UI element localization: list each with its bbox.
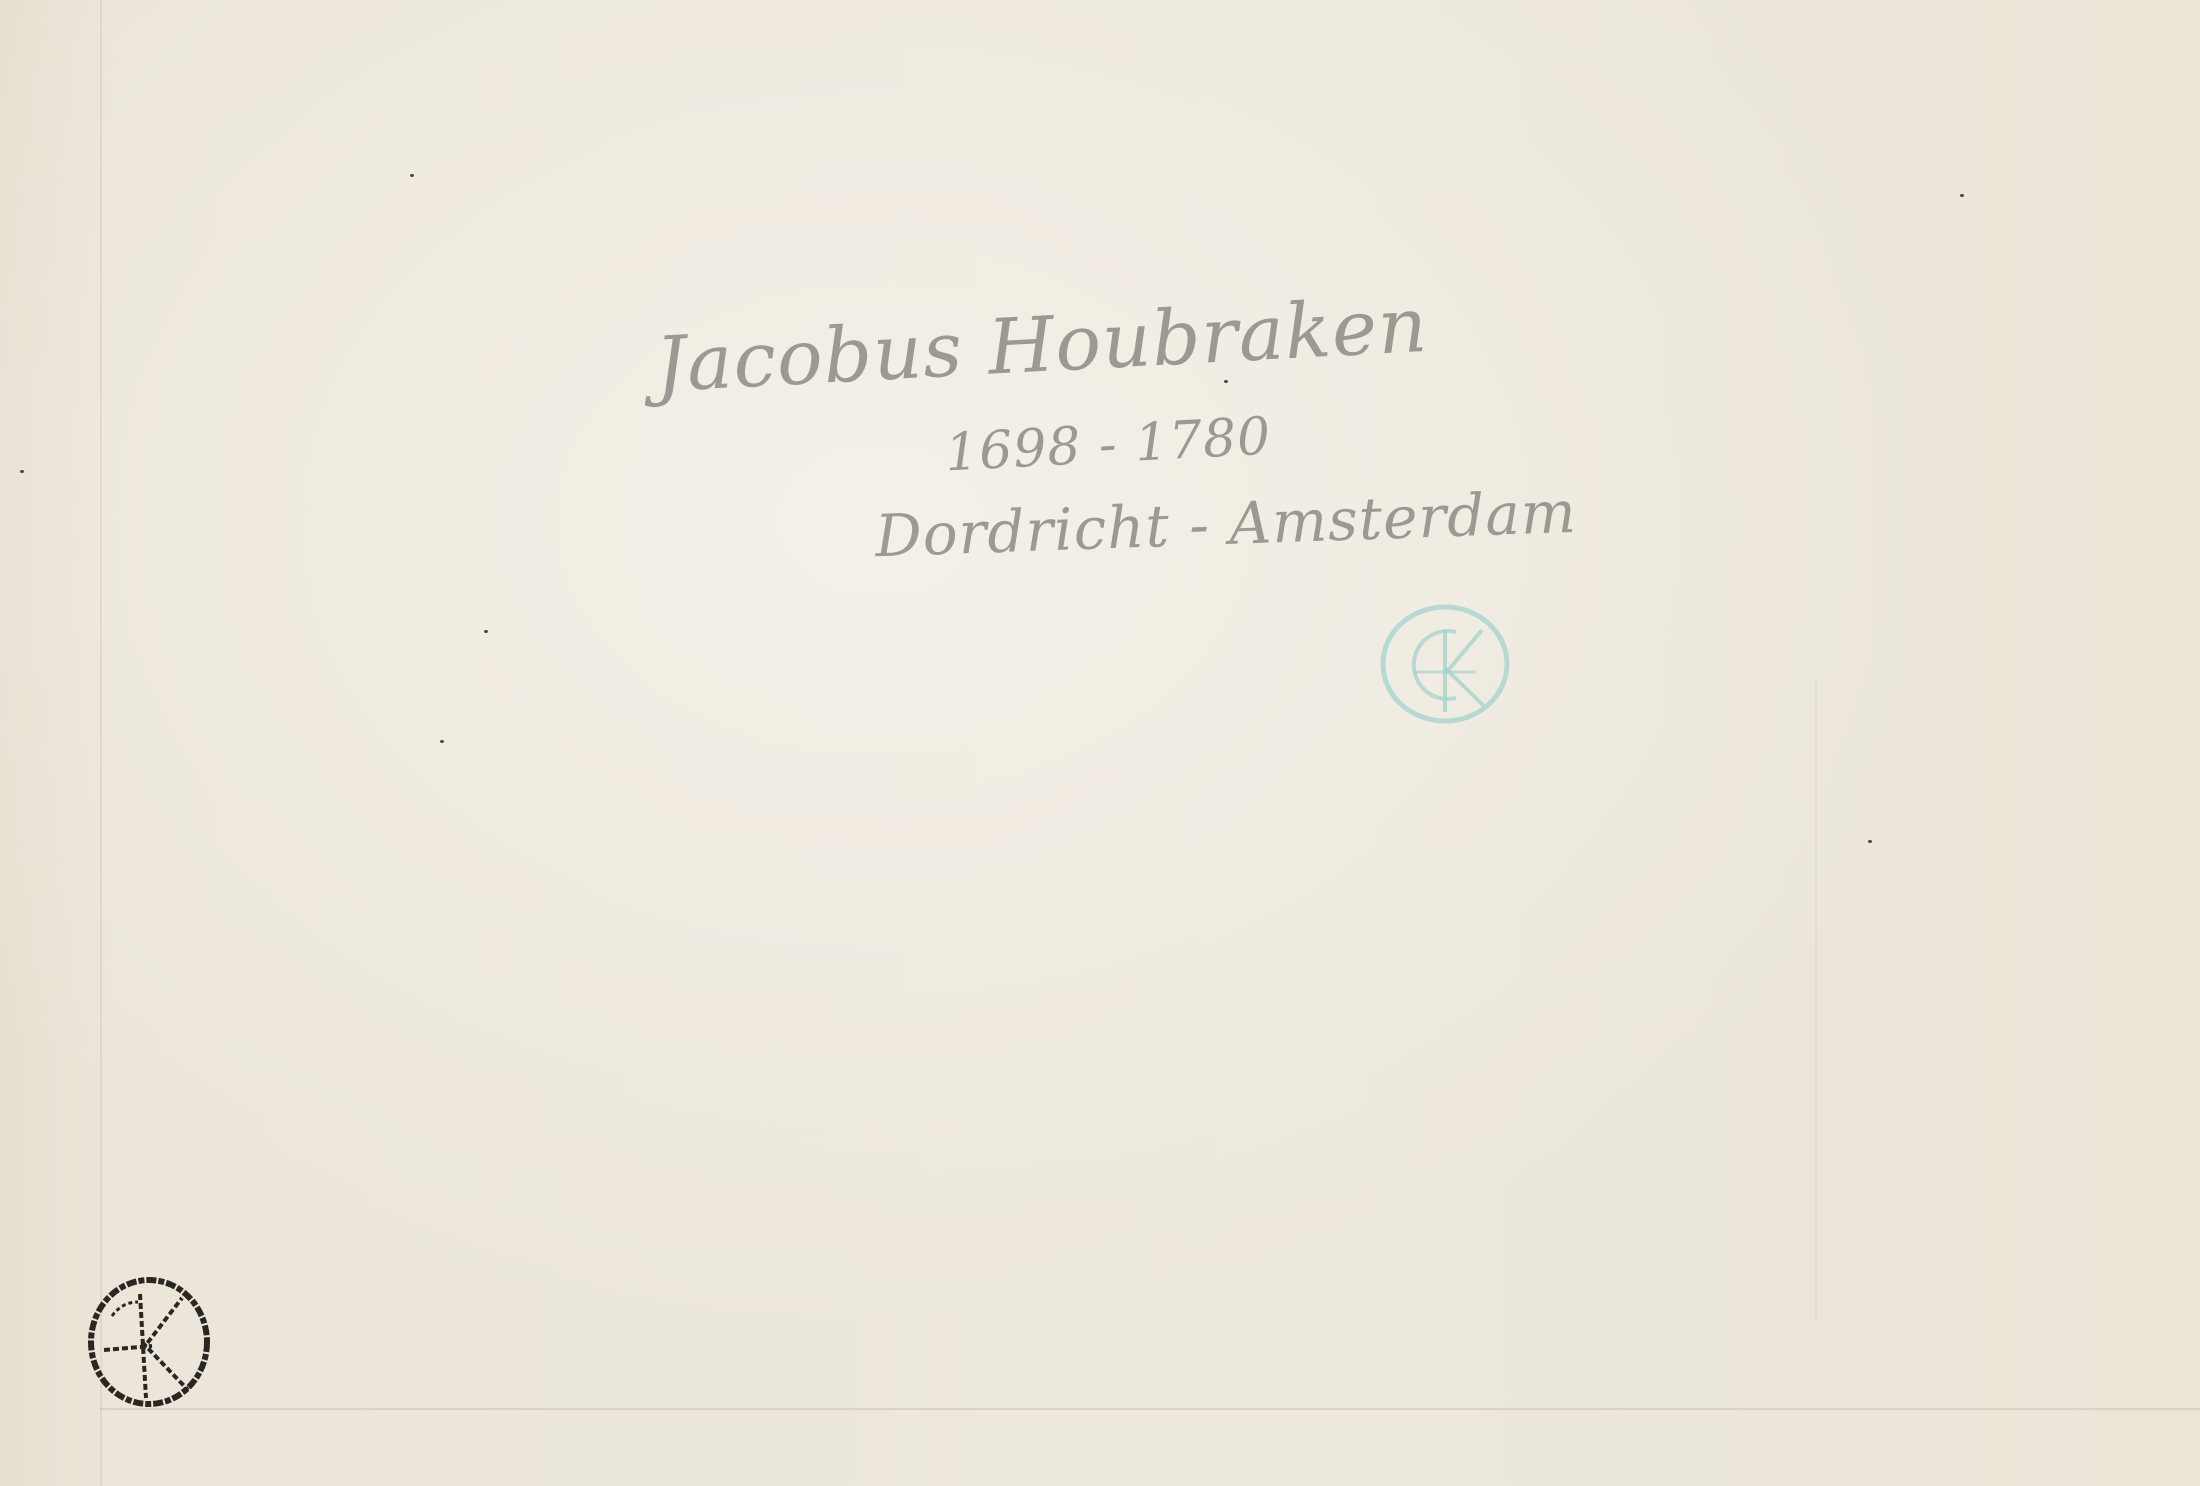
plate-mark-bottom <box>100 1408 2200 1410</box>
paper-speck <box>1868 840 1872 843</box>
paper-speck <box>1224 380 1228 383</box>
collector-stamp-black-icon <box>82 1272 216 1412</box>
paper-speck <box>1960 194 1964 197</box>
plate-mark-left <box>100 0 102 1486</box>
paper-speck <box>440 740 444 743</box>
paper-speck <box>410 174 414 177</box>
collector-stamp-teal-icon <box>1378 602 1512 726</box>
paper-speck <box>20 470 24 473</box>
paper-speck <box>484 630 488 633</box>
paper-background <box>0 0 2200 1486</box>
plate-mark-right <box>1815 680 1817 1320</box>
